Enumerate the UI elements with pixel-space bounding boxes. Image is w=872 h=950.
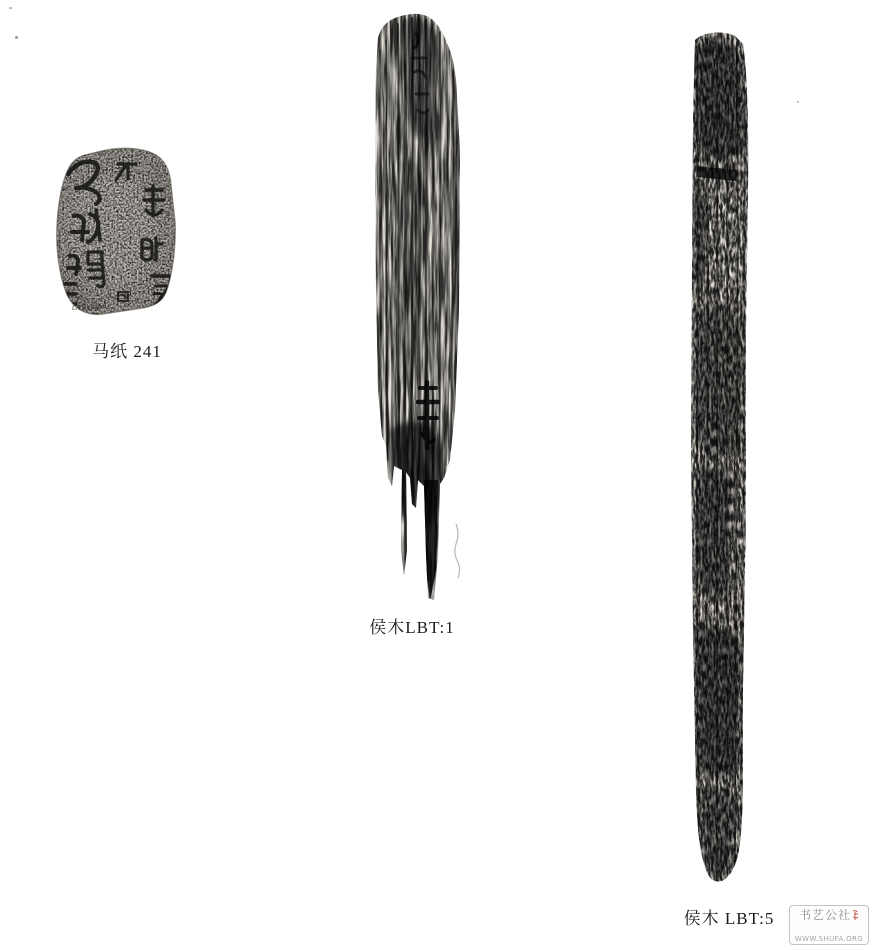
caption-houmu-lbt1: 侯木LBT:1 [332,613,492,638]
wooden-slip-photo-lbt5 [683,30,759,888]
wood-mottle [683,30,759,888]
scanned-plate-page: LA.VI.ii.066 马纸 241 [0,0,872,950]
paper-fragment-photo: LA.VI.ii.066 [50,144,186,324]
red-seal-icon [852,909,859,922]
caption-mazhi-241: 马纸 241 [47,337,207,362]
watermark-site-url: WWW.SHUFA.ORG [795,935,863,943]
wooden-slip-photo-lbt1 [372,10,464,610]
shufa-watermark: 书艺公社 WWW.SHUFA.ORG [789,905,869,945]
pencil-notation [455,524,460,578]
scan-speck [15,36,18,39]
wood-ink-blotches [372,10,464,610]
caption-houmu-lbt5: 侯木 LBT:5 [649,904,809,929]
watermark-logo: 书艺公社 [799,908,859,922]
scan-speck [9,7,12,9]
watermark-site-name: 书艺公社 [799,908,851,922]
scan-speck [797,101,799,103]
